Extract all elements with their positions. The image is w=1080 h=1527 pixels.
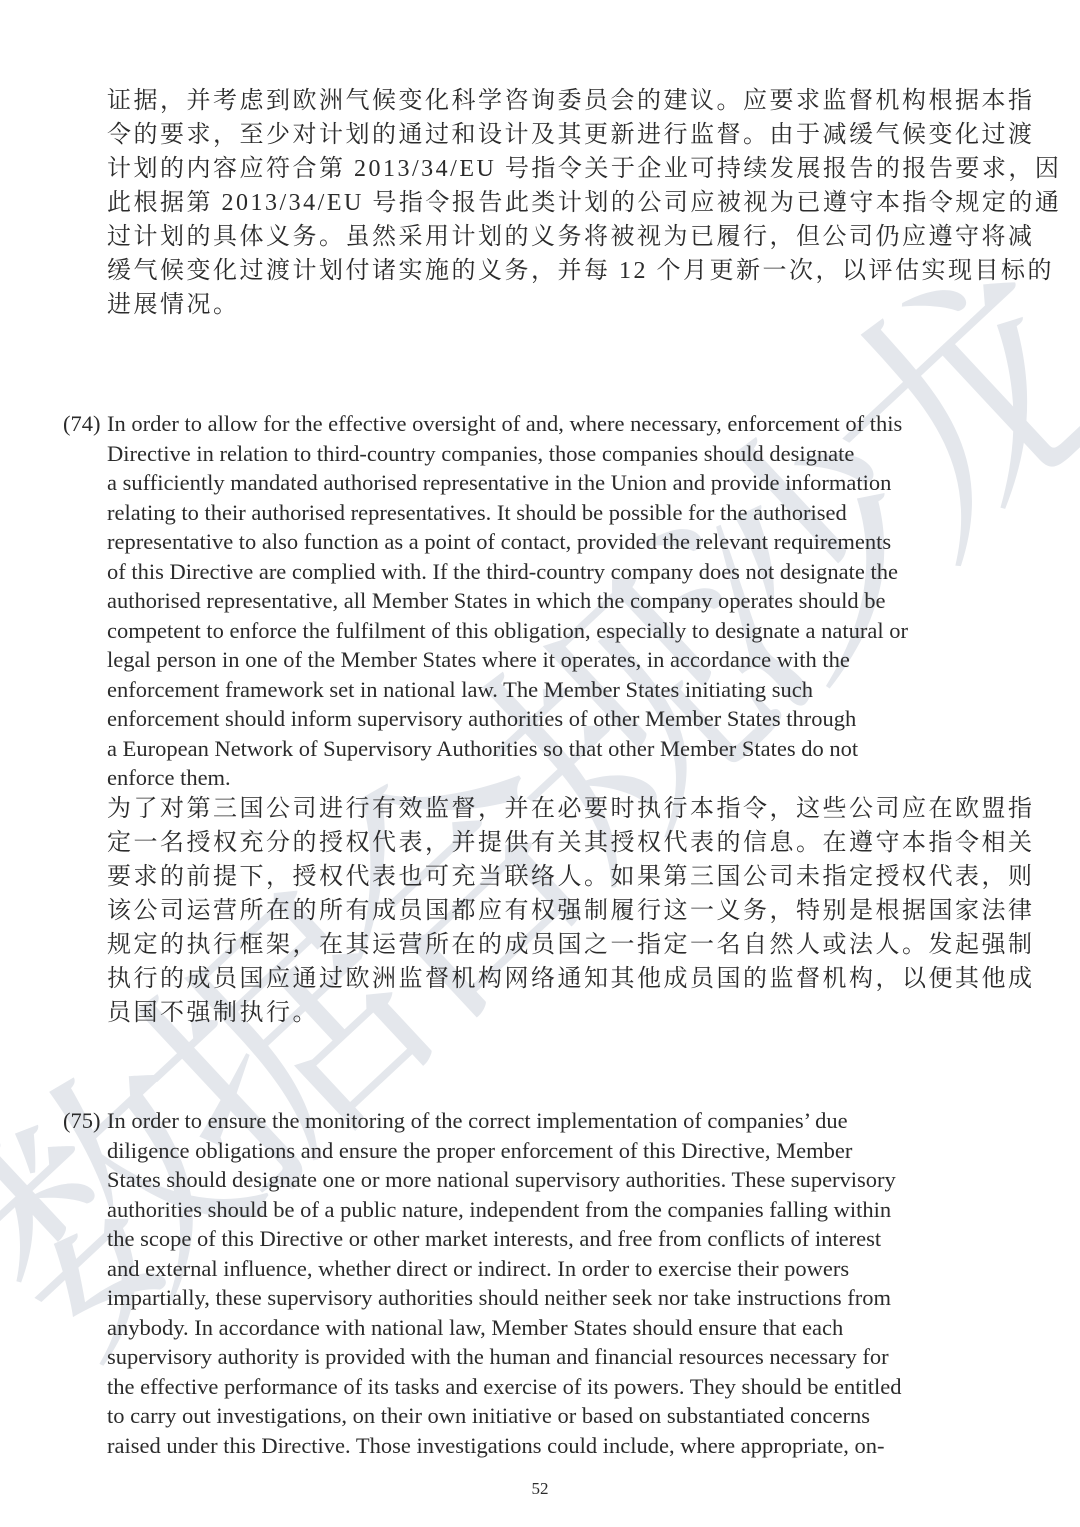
recital-75-en: (75) In order to ensure the monitoring o… bbox=[63, 1106, 902, 1460]
recital-73-continuation-zh: 证据，并考虑到欧洲气候变化科学咨询委员会的建议。应要求监督机构根据本指 令的要求… bbox=[107, 84, 1061, 322]
paragraph-text: 为了对第三国公司进行有效监督，并在必要时执行本指令，这些公司应在欧盟指 定一名授… bbox=[107, 792, 1035, 1030]
recital-number: (75) bbox=[63, 1106, 101, 1136]
recital-number: (74) bbox=[63, 409, 101, 439]
page-number: 52 bbox=[0, 1479, 1080, 1499]
document-page: 数据合规沙龙 证据，并考虑到欧洲气候变化科学咨询委员会的建议。应要求监督机构根据… bbox=[0, 0, 1080, 1527]
paragraph-text: In order to ensure the monitoring of the… bbox=[107, 1106, 902, 1460]
paragraph-text: In order to allow for the effective over… bbox=[107, 409, 908, 793]
recital-74-en: (74) In order to allow for the effective… bbox=[63, 409, 908, 793]
paragraph-text: 证据，并考虑到欧洲气候变化科学咨询委员会的建议。应要求监督机构根据本指 令的要求… bbox=[107, 84, 1061, 322]
recital-74-zh: 为了对第三国公司进行有效监督，并在必要时执行本指令，这些公司应在欧盟指 定一名授… bbox=[107, 792, 1035, 1030]
